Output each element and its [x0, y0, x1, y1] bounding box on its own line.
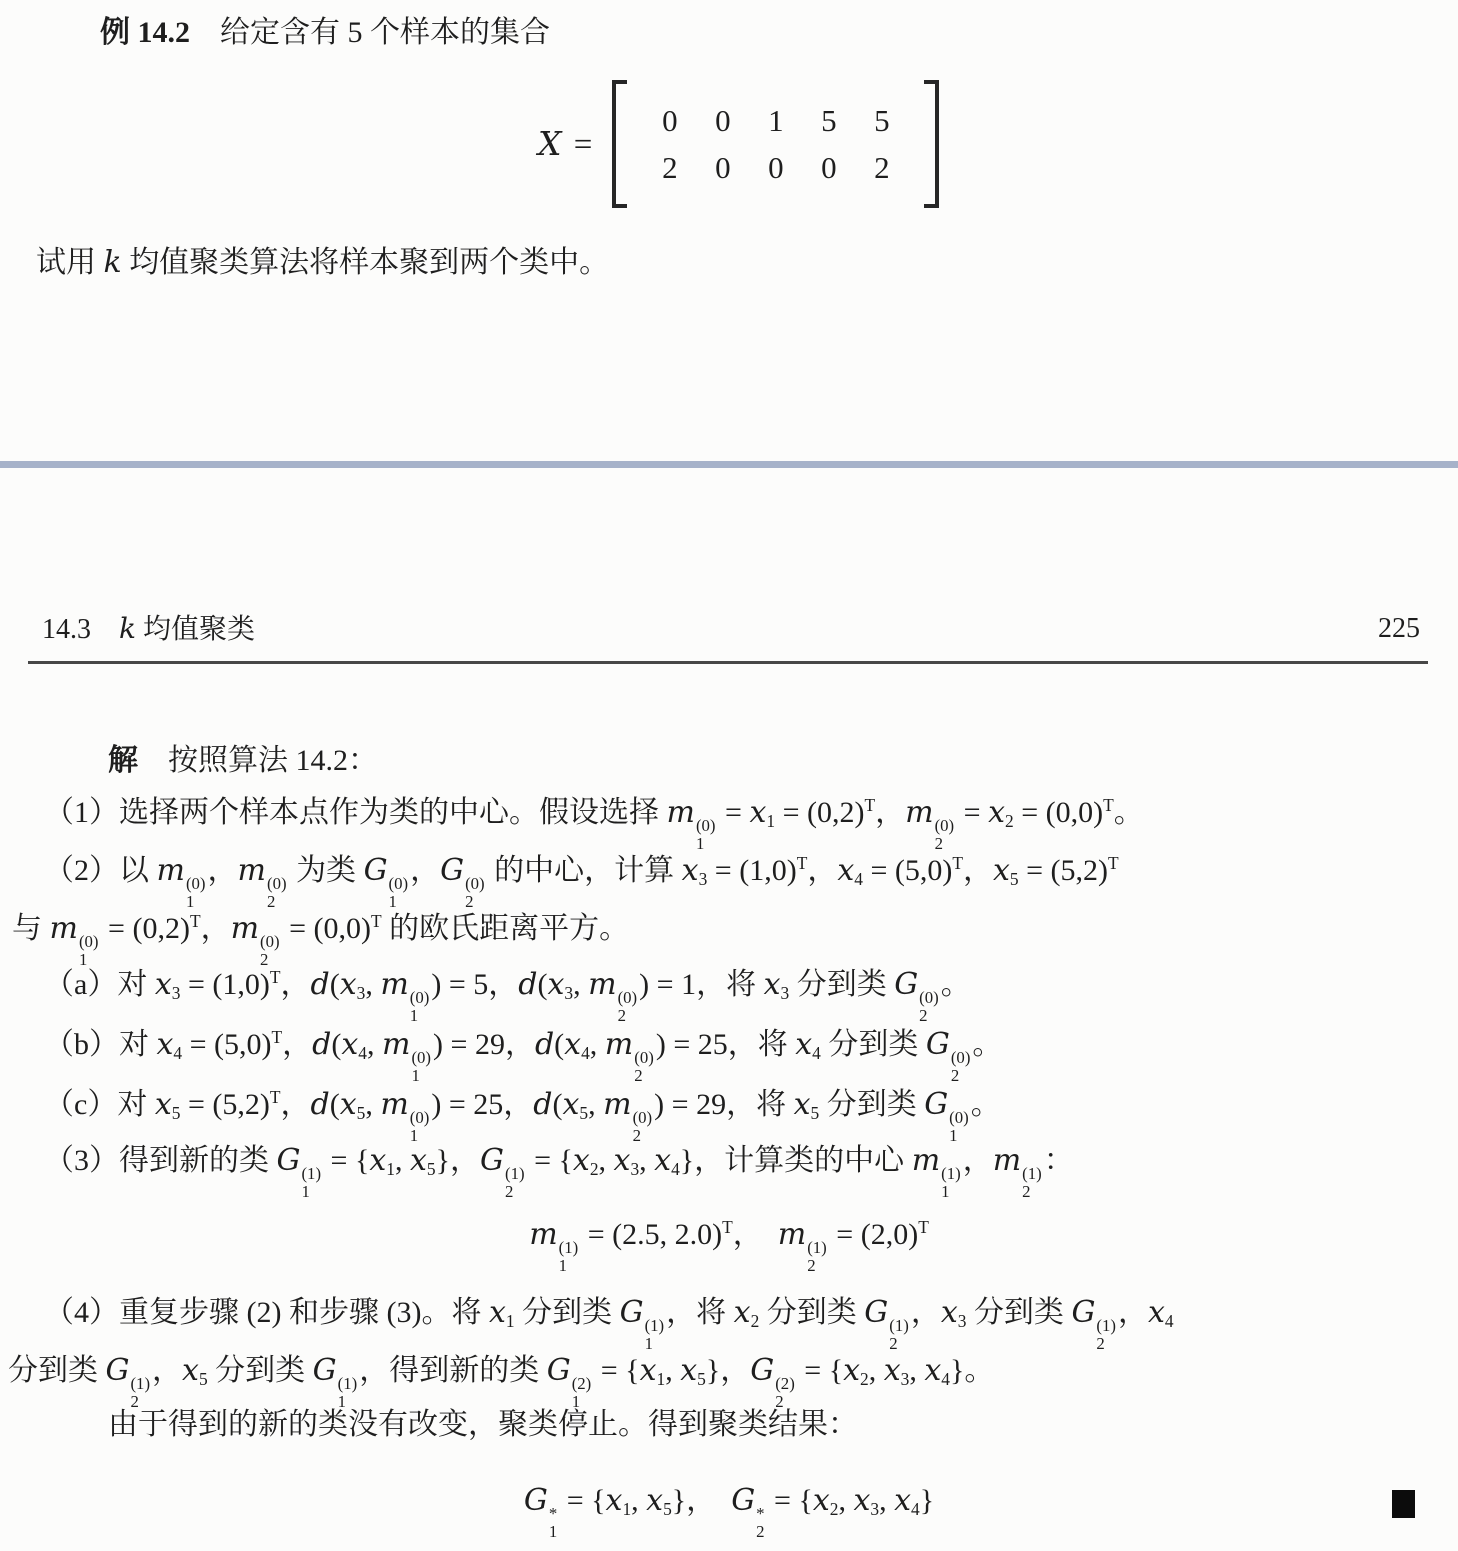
problem-task: 试用 k 均值聚类算法将样本聚到两个类中。: [36, 240, 609, 285]
example-title: 例 14.2给定含有 5 个样本的集合: [100, 10, 550, 55]
superscript: (0): [696, 817, 716, 835]
result-formula: G*1 = {x1, x5}， G*2 = {x2, x3, x4}: [0, 1478, 1458, 1541]
matrix-cell: 0: [643, 105, 696, 136]
solution-step-1: （1）选择两个样本点作为类的中心。假设选择 m(0)1 = x1 = (0,2)…: [44, 790, 1144, 853]
matrix-row: 00155: [643, 105, 908, 136]
matrix-cell: 2: [643, 152, 696, 183]
page-divider: [0, 461, 1458, 468]
subscript: 2: [1022, 1183, 1030, 1201]
superscript: (1): [301, 1165, 321, 1183]
subscript: 1: [559, 1257, 567, 1275]
matrix-lhs: X =: [538, 124, 594, 164]
example-label: 例 14.2: [100, 16, 190, 49]
solution-intro-text: 按照算法 14.2：: [168, 744, 378, 777]
matrix-variable: X: [538, 127, 564, 163]
subscript: 2: [756, 1523, 764, 1541]
matrix-cells: 0015520002: [627, 105, 924, 183]
superscript: (0): [919, 989, 939, 1007]
superscript: (0): [410, 989, 430, 1007]
section-header: 14.3 k 均值聚类: [42, 612, 255, 647]
superscript: (0): [949, 1109, 969, 1127]
superscript: (1): [505, 1165, 525, 1183]
example-text: 给定含有 5 个样本的集合: [220, 16, 550, 49]
matrix-right-bracket: [924, 80, 939, 208]
matrix-cell: 2: [855, 152, 908, 183]
matrix-equation: X = 0015520002: [538, 78, 939, 210]
superscript: (1): [645, 1317, 665, 1335]
equals-sign: =: [574, 127, 595, 163]
matrix-cell: 5: [855, 105, 908, 136]
solution-intro: 解按照算法 14.2：: [108, 738, 378, 783]
centers-formula: m(1)1 = (2.5, 2.0)T， m(1)2 = (2,0)T: [0, 1212, 1458, 1275]
superscript: (0): [411, 1049, 431, 1067]
solution-step-3: （3）得到新的类 G(1)1 = {x1, x5}，G(1)2 = {x2, x…: [44, 1138, 1074, 1201]
solution-step-2a: （a）对 x3 = (1,0)T，d(x3, m(0)1) = 5，d(x3, …: [44, 962, 971, 1025]
solution-step-2c: （c）对 x5 = (5,2)T，d(x5, m(0)1) = 25，d(x5,…: [44, 1082, 1001, 1145]
qed-square-icon: [1392, 1490, 1415, 1518]
superscript: (0): [186, 875, 206, 893]
superscript: (0): [951, 1049, 971, 1067]
superscript: (1): [889, 1317, 909, 1335]
superscript: (1): [1022, 1165, 1042, 1183]
superscript: (0): [935, 817, 955, 835]
superscript: (0): [618, 989, 638, 1007]
matrix-cell: 0: [696, 105, 749, 136]
matrix-cell: 1: [749, 105, 802, 136]
subscript: 1: [549, 1523, 557, 1541]
superscript: (0): [79, 933, 99, 951]
superscript: (0): [389, 875, 409, 893]
solution-step-4-line1: （4）重复步骤 (2) 和步骤 (3)。将 x1 分到类 G(1)1，将 x2 …: [44, 1290, 1174, 1353]
subscript: 1: [941, 1183, 949, 1201]
textbook-page: { "page": { "background": "#fcfcfb", "te…: [0, 0, 1458, 1551]
superscript: (0): [267, 875, 287, 893]
superscript: (2): [572, 1375, 592, 1393]
subscript: 2: [807, 1257, 815, 1275]
subscript: 2: [505, 1183, 513, 1201]
subscript: 1: [301, 1183, 309, 1201]
superscript: (1): [130, 1375, 150, 1393]
superscript: (0): [634, 1049, 654, 1067]
superscript: (1): [941, 1165, 961, 1183]
subscript: 2: [1096, 1335, 1104, 1353]
matrix-left-bracket: [612, 80, 627, 208]
matrix-row: 20002: [643, 152, 908, 183]
matrix-cell: 0: [802, 152, 855, 183]
solution-step-2-line1: （2）以 m(0)1，m(0)2 为类 G(0)1，G(0)2 的中心，计算 x…: [44, 848, 1119, 911]
superscript: (0): [633, 1109, 653, 1127]
superscript: (1): [559, 1239, 579, 1257]
header-rule: [28, 661, 1428, 664]
solution-conclusion: 由于得到的新的类没有改变，聚类停止。得到聚类结果：: [108, 1402, 858, 1447]
superscript: (0): [465, 875, 485, 893]
superscript: (0): [410, 1109, 430, 1127]
page-number: 225: [1378, 612, 1420, 646]
superscript: (1): [338, 1375, 358, 1393]
matrix-cell: 5: [802, 105, 855, 136]
superscript: *: [549, 1505, 557, 1523]
matrix-cell: 0: [749, 152, 802, 183]
matrix-cell: 0: [696, 152, 749, 183]
solution-label: 解: [108, 744, 138, 777]
superscript: (2): [775, 1375, 795, 1393]
superscript: (0): [260, 933, 280, 951]
solution-step-2-line2: 与 m(0)1 = (0,2)T，m(0)2 = (0,0)T 的欧氏距离平方。: [12, 906, 629, 969]
superscript: *: [756, 1505, 764, 1523]
solution-step-2b: （b）对 x4 = (5,0)T，d(x4, m(0)1) = 29，d(x4,…: [44, 1022, 1002, 1085]
superscript: (1): [1096, 1317, 1116, 1335]
superscript: (1): [807, 1239, 827, 1257]
